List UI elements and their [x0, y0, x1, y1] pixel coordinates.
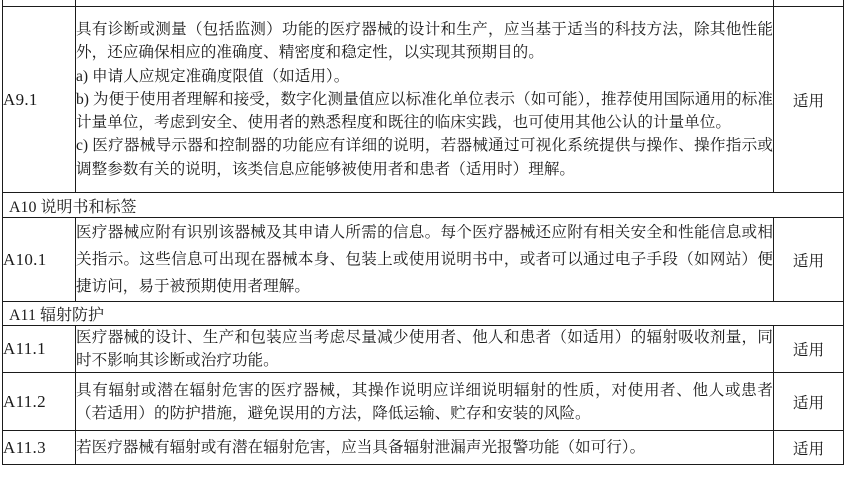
requirements-table: A9.1 具有诊断或测量（包括监测）功能的医疗器械的设计和生产，应当基于适当的科…: [2, 0, 844, 465]
applicability-status: 适用: [774, 7, 844, 193]
requirement-paragraph: 医疗器械应附有识别该器械及其申请人所需的信息。每个医疗器械还应附有相关安全和性能…: [76, 219, 773, 300]
requirement-paragraph: 医疗器械的设计、生产和包装应当考虑尽量减少使用者、他人和患者（如适用）的辐射吸收…: [76, 326, 773, 372]
requirement-paragraph: 具有诊断或测量（包括监测）功能的医疗器械的设计和生产，应当基于适当的科技方法，除…: [76, 18, 773, 64]
document-page: A9.1 具有诊断或测量（包括监测）功能的医疗器械的设计和生产，应当基于适当的科…: [0, 0, 845, 479]
section-header-a11: A11 辐射防护: [3, 302, 844, 326]
requirement-text: 若医疗器械有辐射或有潜在辐射危害，应当具备辐射泄漏声光报警功能（如可行）。: [76, 431, 774, 465]
requirement-text: 具有诊断或测量（包括监测）功能的医疗器械的设计和生产，应当基于适当的科技方法，除…: [76, 7, 774, 193]
section-title: A11 辐射防护: [3, 302, 844, 326]
section-title: A10 说明书和标签: [3, 193, 844, 218]
requirement-paragraph: b) 为便于使用者理解和接受，数字化测量值应以标准化单位表示（如可能），推荐使用…: [76, 88, 773, 134]
requirement-code: A9.1: [3, 7, 76, 193]
requirement-paragraph: c) 医疗器械导示器和控制器的功能应有详细的说明，若器械通过可视化系统提供与操作…: [76, 134, 773, 180]
requirement-text: 具有辐射或潜在辐射危害的医疗器械，其操作说明应详细说明辐射的性质，对使用者、他人…: [76, 373, 774, 431]
requirement-paragraph: 具有辐射或潜在辐射危害的医疗器械，其操作说明应详细说明辐射的性质，对使用者、他人…: [76, 379, 773, 425]
table-row-a11-3: A11.3 若医疗器械有辐射或有潜在辐射危害，应当具备辐射泄漏声光报警功能（如可…: [3, 431, 844, 465]
requirement-code: A11.2: [3, 373, 76, 431]
requirement-code: A11.1: [3, 326, 76, 373]
table-row-a10-1: A10.1 医疗器械应附有识别该器械及其申请人所需的信息。每个医疗器械还应附有相…: [3, 218, 844, 302]
requirement-text: 医疗器械的设计、生产和包装应当考虑尽量减少使用者、他人和患者（如适用）的辐射吸收…: [76, 326, 774, 373]
requirement-paragraph: 若医疗器械有辐射或有潜在辐射危害，应当具备辐射泄漏声光报警功能（如可行）。: [76, 436, 773, 459]
applicability-status: 适用: [774, 373, 844, 431]
table-row-a9-1: A9.1 具有诊断或测量（包括监测）功能的医疗器械的设计和生产，应当基于适当的科…: [3, 7, 844, 193]
table-row-a11-1: A11.1 医疗器械的设计、生产和包装应当考虑尽量减少使用者、他人和患者（如适用…: [3, 326, 844, 373]
applicability-status: 适用: [774, 326, 844, 373]
requirement-paragraph: a) 申请人应规定准确度限值（如适用）。: [76, 65, 773, 88]
applicability-status: 适用: [774, 218, 844, 302]
section-header-a10: A10 说明书和标签: [3, 193, 844, 218]
requirement-code: A10.1: [3, 218, 76, 302]
requirement-text: 医疗器械应附有识别该器械及其申请人所需的信息。每个医疗器械还应附有相关安全和性能…: [76, 218, 774, 302]
requirement-code: A11.3: [3, 431, 76, 465]
applicability-status: 适用: [774, 431, 844, 465]
table-row-a11-2: A11.2 具有辐射或潜在辐射危害的医疗器械，其操作说明应详细说明辐射的性质，对…: [3, 373, 844, 431]
